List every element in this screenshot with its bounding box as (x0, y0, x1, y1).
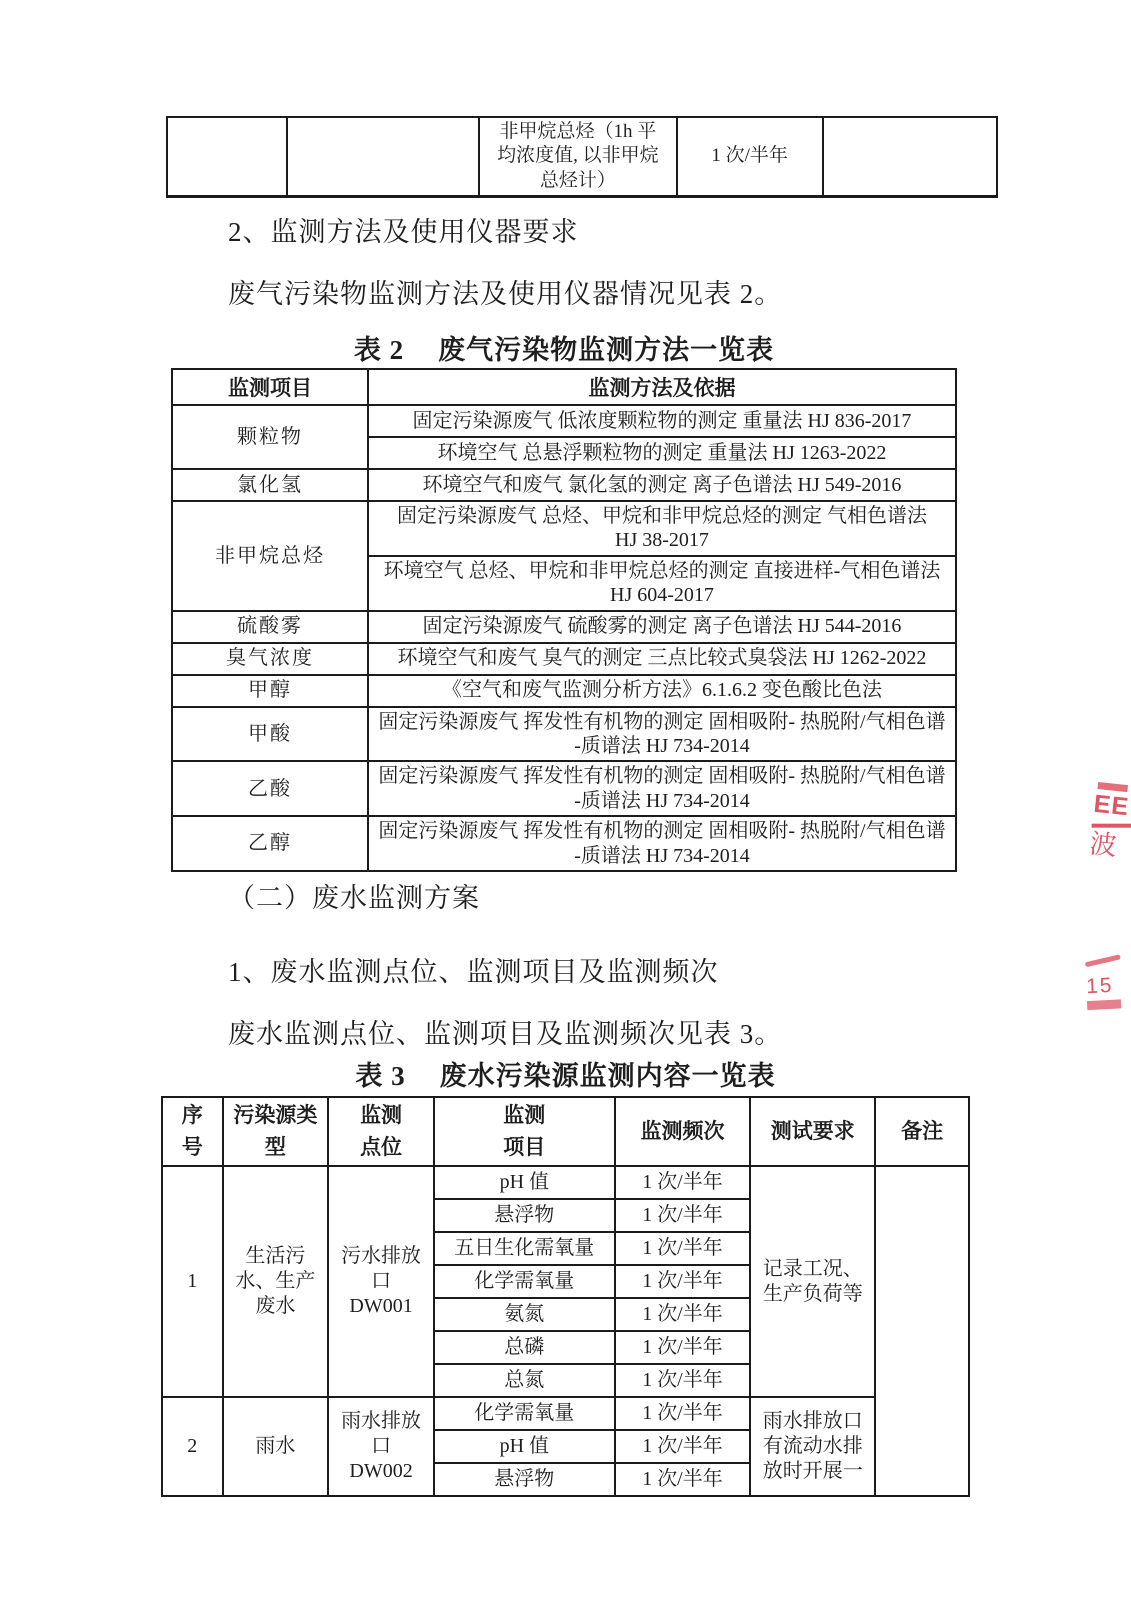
cell-item: 氨氮 (434, 1298, 615, 1331)
cell-method: 固定污染源废气 挥发性有机物的测定 固相吸附- 热脱附/气相色谱 -质谱法 HJ… (368, 816, 956, 871)
stamp-squiggle-icon (1085, 954, 1121, 967)
table-cell (287, 117, 479, 196)
red-stamp-fragment-2: 15 (1085, 957, 1131, 1010)
table-header-row: 序 号 污染源类 型 监测 点位 监测 项目 监测频次 测试要求 备注 (162, 1097, 969, 1166)
cell-point: 污水排放 口 DW001 (328, 1166, 434, 1397)
table-row: 1 生活污 水、生产 废水 污水排放 口 DW001 pH 值 1 次/半年 记… (162, 1166, 969, 1199)
cell-method: 固定污染源废气 总烃、甲烷和非甲烷总烃的测定 气相色谱法 HJ 38-2017 (368, 501, 956, 556)
carryover-table: 非甲烷总烃（1h 平 均浓度值, 以非甲烷 总烃计） 1 次/半年 (166, 116, 998, 198)
cell-item: 总氮 (434, 1364, 615, 1397)
header-note: 备注 (875, 1097, 969, 1166)
cell-method: 固定污染源废气 硫酸雾的测定 离子色谱法 HJ 544-2016 (368, 611, 956, 643)
cell-item: pH 值 (434, 1166, 615, 1199)
header-source-type: 污染源类 型 (223, 1097, 329, 1166)
red-stamp-fragment-1: EE 波 (1088, 782, 1131, 864)
cell-method: 环境空气和废气 氯化氢的测定 离子色谱法 HJ 549-2016 (368, 469, 956, 501)
document-page: 非甲烷总烃（1h 平 均浓度值, 以非甲烷 总烃计） 1 次/半年 2、监测方法… (0, 0, 1131, 1600)
paragraph-wastewater: 废水监测点位、监测项目及监测频次见表 3。 (228, 1012, 782, 1051)
header-seq: 序 号 (162, 1097, 223, 1166)
table-row: 甲醇 《空气和废气监测分析方法》6.1.6.2 变色酸比色法 (172, 675, 956, 707)
cell-method: 环境空气 总烃、甲烷和非甲烷总烃的测定 直接进样-气相色谱法 HJ 604-20… (368, 556, 956, 611)
cell-frequency: 1 次/半年 (615, 1199, 751, 1232)
cell-method: 固定污染源废气 挥发性有机物的测定 固相吸附- 热脱附/气相色谱 -质谱法 HJ… (368, 761, 956, 816)
cell-requirement: 记录工况、 生产负荷等 (750, 1166, 875, 1397)
table-row: 乙酸 固定污染源废气 挥发性有机物的测定 固相吸附- 热脱附/气相色谱 -质谱法… (172, 761, 956, 816)
cell-frequency: 1 次/半年 (615, 1298, 751, 1331)
cell-item: 氯化氢 (172, 469, 368, 501)
cell-item: 乙醇 (172, 816, 368, 871)
cell-item: 非甲烷总烃 (172, 501, 368, 611)
table2-title-text: 废气污染物监测方法一览表 (438, 335, 774, 365)
table-row: 硫酸雾 固定污染源废气 硫酸雾的测定 离子色谱法 HJ 544-2016 (172, 611, 956, 643)
waste-gas-method-table: 监测项目 监测方法及依据 颗粒物 固定污染源废气 低浓度颗粒物的测定 重量法 H… (171, 368, 957, 872)
cell-source-type: 生活污 水、生产 废水 (223, 1166, 329, 1397)
table3-title: 表 3废水污染源监测内容一览表 (161, 1054, 970, 1093)
cell-item: 颗粒物 (172, 405, 368, 469)
stamp-letters: EE (1092, 791, 1131, 823)
cell-item: 甲酸 (172, 707, 368, 762)
stamp-number: 15 (1086, 974, 1131, 997)
section-heading-wastewater: （二）废水监测方案 (228, 876, 480, 915)
table-row: 颗粒物 固定污染源废气 低浓度颗粒物的测定 重量法 HJ 836-2017 (172, 405, 956, 437)
header-method-basis: 监测方法及依据 (368, 369, 956, 405)
table-row: 氯化氢 环境空气和废气 氯化氢的测定 离子色谱法 HJ 549-2016 (172, 469, 956, 501)
cell-seq: 1 (162, 1166, 223, 1397)
cell-frequency: 1 次/半年 (615, 1364, 751, 1397)
stamp-rule-icon (1092, 823, 1131, 827)
cell-item: 臭气浓度 (172, 643, 368, 675)
cell-item: 悬浮物 (434, 1199, 615, 1232)
cell-seq: 2 (162, 1397, 223, 1496)
table2-title: 表 2废气污染物监测方法一览表 (171, 328, 957, 367)
cell-item: 化学需氧量 (434, 1265, 615, 1298)
subsection-heading-wastewater: 1、废水监测点位、监测项目及监测频次 (228, 950, 719, 989)
header-monitor-item: 监测项目 (172, 369, 368, 405)
paragraph-methods: 废气污染物监测方法及使用仪器情况见表 2。 (228, 272, 782, 311)
header-requirement: 测试要求 (750, 1097, 875, 1166)
cell-method: 《空气和废气监测分析方法》6.1.6.2 变色酸比色法 (368, 675, 956, 707)
cell-item: 悬浮物 (434, 1463, 615, 1496)
cell-frequency: 1 次/半年 (615, 1430, 751, 1463)
header-point: 监测 点位 (328, 1097, 434, 1166)
table2-label: 表 2 (354, 335, 404, 365)
cell-frequency: 1 次/半年 (615, 1232, 751, 1265)
table-cell (167, 117, 287, 196)
header-item: 监测 项目 (434, 1097, 615, 1166)
table-row: 甲酸 固定污染源废气 挥发性有机物的测定 固相吸附- 热脱附/气相色谱 -质谱法… (172, 707, 956, 762)
stamp-character: 波 (1088, 829, 1131, 863)
table-cell-frequency: 1 次/半年 (677, 117, 823, 196)
table-cell-monitor-item: 非甲烷总烃（1h 平 均浓度值, 以非甲烷 总烃计） (479, 117, 677, 196)
cell-point: 雨水排放 口 DW002 (328, 1397, 434, 1496)
cell-method: 环境空气和废气 臭气的测定 三点比较式臭袋法 HJ 1262-2022 (368, 643, 956, 675)
cell-method: 固定污染源废气 挥发性有机物的测定 固相吸附- 热脱附/气相色谱 -质谱法 HJ… (368, 707, 956, 762)
cell-frequency: 1 次/半年 (615, 1331, 751, 1364)
cell-item: 五日生化需氧量 (434, 1232, 615, 1265)
cell-frequency: 1 次/半年 (615, 1166, 751, 1199)
table-row: 2 雨水 雨水排放 口 DW002 化学需氧量 1 次/半年 雨水排放口 有流动… (162, 1397, 969, 1430)
cell-item: 化学需氧量 (434, 1397, 615, 1430)
table-header-row: 监测项目 监测方法及依据 (172, 369, 956, 405)
cell-item: pH 值 (434, 1430, 615, 1463)
table-row: 非甲烷总烃 固定污染源废气 总烃、甲烷和非甲烷总烃的测定 气相色谱法 HJ 38… (172, 501, 956, 556)
section-heading-methods: 2、监测方法及使用仪器要求 (228, 210, 579, 249)
table-row: 乙醇 固定污染源废气 挥发性有机物的测定 固相吸附- 热脱附/气相色谱 -质谱法… (172, 816, 956, 871)
cell-requirement: 雨水排放口 有流动水排 放时开展一 (750, 1397, 875, 1496)
cell-item: 甲醇 (172, 675, 368, 707)
wastewater-monitoring-table: 序 号 污染源类 型 监测 点位 监测 项目 监测频次 测试要求 备注 1 生活… (161, 1096, 970, 1497)
cell-frequency: 1 次/半年 (615, 1397, 751, 1430)
cell-item: 乙酸 (172, 761, 368, 816)
cell-frequency: 1 次/半年 (615, 1463, 751, 1496)
cell-frequency: 1 次/半年 (615, 1265, 751, 1298)
cell-item: 硫酸雾 (172, 611, 368, 643)
table3-title-text: 废水污染源监测内容一览表 (440, 1061, 776, 1091)
table-row: 臭气浓度 环境空气和废气 臭气的测定 三点比较式臭袋法 HJ 1262-2022 (172, 643, 956, 675)
cell-method: 固定污染源废气 低浓度颗粒物的测定 重量法 HJ 836-2017 (368, 405, 956, 437)
header-frequency: 监测频次 (615, 1097, 751, 1166)
table-row: 非甲烷总烃（1h 平 均浓度值, 以非甲烷 总烃计） 1 次/半年 (167, 117, 997, 196)
cell-item: 总磷 (434, 1331, 615, 1364)
table3-label: 表 3 (355, 1061, 405, 1091)
cell-method: 环境空气 总悬浮颗粒物的测定 重量法 HJ 1263-2022 (368, 437, 956, 469)
cell-note (875, 1166, 969, 1496)
cell-source-type: 雨水 (223, 1397, 329, 1496)
stamp-block-icon (1087, 999, 1121, 1010)
table-cell (823, 117, 997, 196)
